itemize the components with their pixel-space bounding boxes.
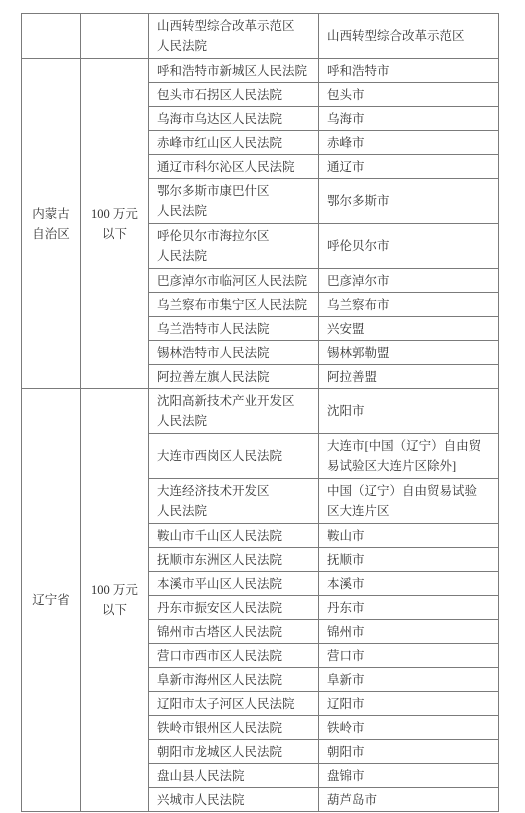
- jurisdiction-table: 山西转型综合改革示范区 人民法院山西转型综合改革示范区内蒙古 自治区100 万元…: [21, 13, 499, 812]
- jurisdiction-region-cell: 阿拉善盟: [319, 365, 499, 389]
- jurisdiction-region-cell: 兴安盟: [319, 317, 499, 341]
- jurisdiction-region-cell: 通辽市: [319, 155, 499, 179]
- jurisdiction-region-cell: 辽阳市: [319, 692, 499, 716]
- court-name-cell: 盘山县人民法院: [149, 764, 319, 788]
- jurisdiction-region-cell: 抚顺市: [319, 548, 499, 572]
- jurisdiction-region-cell: 中国（辽宁）自由贸易试验 区大连片区: [319, 479, 499, 524]
- court-name-cell: 大连市西岗区人民法院: [149, 434, 319, 479]
- court-name-cell: 丹东市振安区人民法院: [149, 596, 319, 620]
- court-name-cell: 本溪市平山区人民法院: [149, 572, 319, 596]
- court-name-cell: 锦州市古塔区人民法院: [149, 620, 319, 644]
- court-name-cell: 铁岭市银州区人民法院: [149, 716, 319, 740]
- jurisdiction-region-cell: 巴彦淖尔市: [319, 269, 499, 293]
- court-name-cell: 鞍山市千山区人民法院: [149, 524, 319, 548]
- jurisdiction-region-cell: 鞍山市: [319, 524, 499, 548]
- jurisdiction-region-cell: 葫芦岛市: [319, 788, 499, 812]
- court-name-cell: 赤峰市红山区人民法院: [149, 131, 319, 155]
- court-name-cell: 包头市石拐区人民法院: [149, 83, 319, 107]
- jurisdiction-region-cell: 锦州市: [319, 620, 499, 644]
- amount-threshold-cell: [81, 14, 149, 59]
- jurisdiction-table-body: 山西转型综合改革示范区 人民法院山西转型综合改革示范区内蒙古 自治区100 万元…: [22, 14, 499, 812]
- jurisdiction-region-cell: 山西转型综合改革示范区: [319, 14, 499, 59]
- court-name-cell: 阿拉善左旗人民法院: [149, 365, 319, 389]
- jurisdiction-region-cell: 呼伦贝尔市: [319, 224, 499, 269]
- jurisdiction-region-cell: 营口市: [319, 644, 499, 668]
- court-name-cell: 兴城市人民法院: [149, 788, 319, 812]
- jurisdiction-region-cell: 本溪市: [319, 572, 499, 596]
- jurisdiction-region-cell: 朝阳市: [319, 740, 499, 764]
- amount-threshold-cell: 100 万元 以下: [81, 389, 149, 812]
- jurisdiction-region-cell: 鄂尔多斯市: [319, 179, 499, 224]
- table-row: 山西转型综合改革示范区 人民法院山西转型综合改革示范区: [22, 14, 499, 59]
- province-cell: [22, 14, 81, 59]
- court-name-cell: 鄂尔多斯市康巴什区 人民法院: [149, 179, 319, 224]
- court-name-cell: 抚顺市东洲区人民法院: [149, 548, 319, 572]
- court-name-cell: 沈阳高新技术产业开发区 人民法院: [149, 389, 319, 434]
- jurisdiction-region-cell: 锡林郭勒盟: [319, 341, 499, 365]
- court-name-cell: 乌兰察布市集宁区人民法院: [149, 293, 319, 317]
- court-name-cell: 呼伦贝尔市海拉尔区 人民法院: [149, 224, 319, 269]
- court-name-cell: 大连经济技术开发区 人民法院: [149, 479, 319, 524]
- table-row: 内蒙古 自治区100 万元 以下呼和浩特市新城区人民法院呼和浩特市: [22, 59, 499, 83]
- court-name-cell: 山西转型综合改革示范区 人民法院: [149, 14, 319, 59]
- court-name-cell: 营口市西市区人民法院: [149, 644, 319, 668]
- table-row: 辽宁省100 万元 以下沈阳高新技术产业开发区 人民法院沈阳市: [22, 389, 499, 434]
- jurisdiction-region-cell: 包头市: [319, 83, 499, 107]
- document-page: 山西转型综合改革示范区 人民法院山西转型综合改革示范区内蒙古 自治区100 万元…: [0, 0, 525, 813]
- court-name-cell: 锡林浩特市人民法院: [149, 341, 319, 365]
- jurisdiction-region-cell: 阜新市: [319, 668, 499, 692]
- court-name-cell: 朝阳市龙城区人民法院: [149, 740, 319, 764]
- court-name-cell: 辽阳市太子河区人民法院: [149, 692, 319, 716]
- court-name-cell: 阜新市海州区人民法院: [149, 668, 319, 692]
- jurisdiction-region-cell: 丹东市: [319, 596, 499, 620]
- court-name-cell: 乌兰浩特市人民法院: [149, 317, 319, 341]
- jurisdiction-region-cell: 呼和浩特市: [319, 59, 499, 83]
- court-name-cell: 乌海市乌达区人民法院: [149, 107, 319, 131]
- province-cell: 内蒙古 自治区: [22, 59, 81, 389]
- amount-threshold-cell: 100 万元 以下: [81, 59, 149, 389]
- jurisdiction-region-cell: 赤峰市: [319, 131, 499, 155]
- jurisdiction-region-cell: 乌兰察布市: [319, 293, 499, 317]
- court-name-cell: 巴彦淖尔市临河区人民法院: [149, 269, 319, 293]
- jurisdiction-region-cell: 沈阳市: [319, 389, 499, 434]
- jurisdiction-region-cell: 盘锦市: [319, 764, 499, 788]
- court-name-cell: 呼和浩特市新城区人民法院: [149, 59, 319, 83]
- court-name-cell: 通辽市科尔沁区人民法院: [149, 155, 319, 179]
- jurisdiction-region-cell: 乌海市: [319, 107, 499, 131]
- jurisdiction-region-cell: 大连市[中国（辽宁）自由贸 易试验区大连片区除外]: [319, 434, 499, 479]
- province-cell: 辽宁省: [22, 389, 81, 812]
- jurisdiction-region-cell: 铁岭市: [319, 716, 499, 740]
